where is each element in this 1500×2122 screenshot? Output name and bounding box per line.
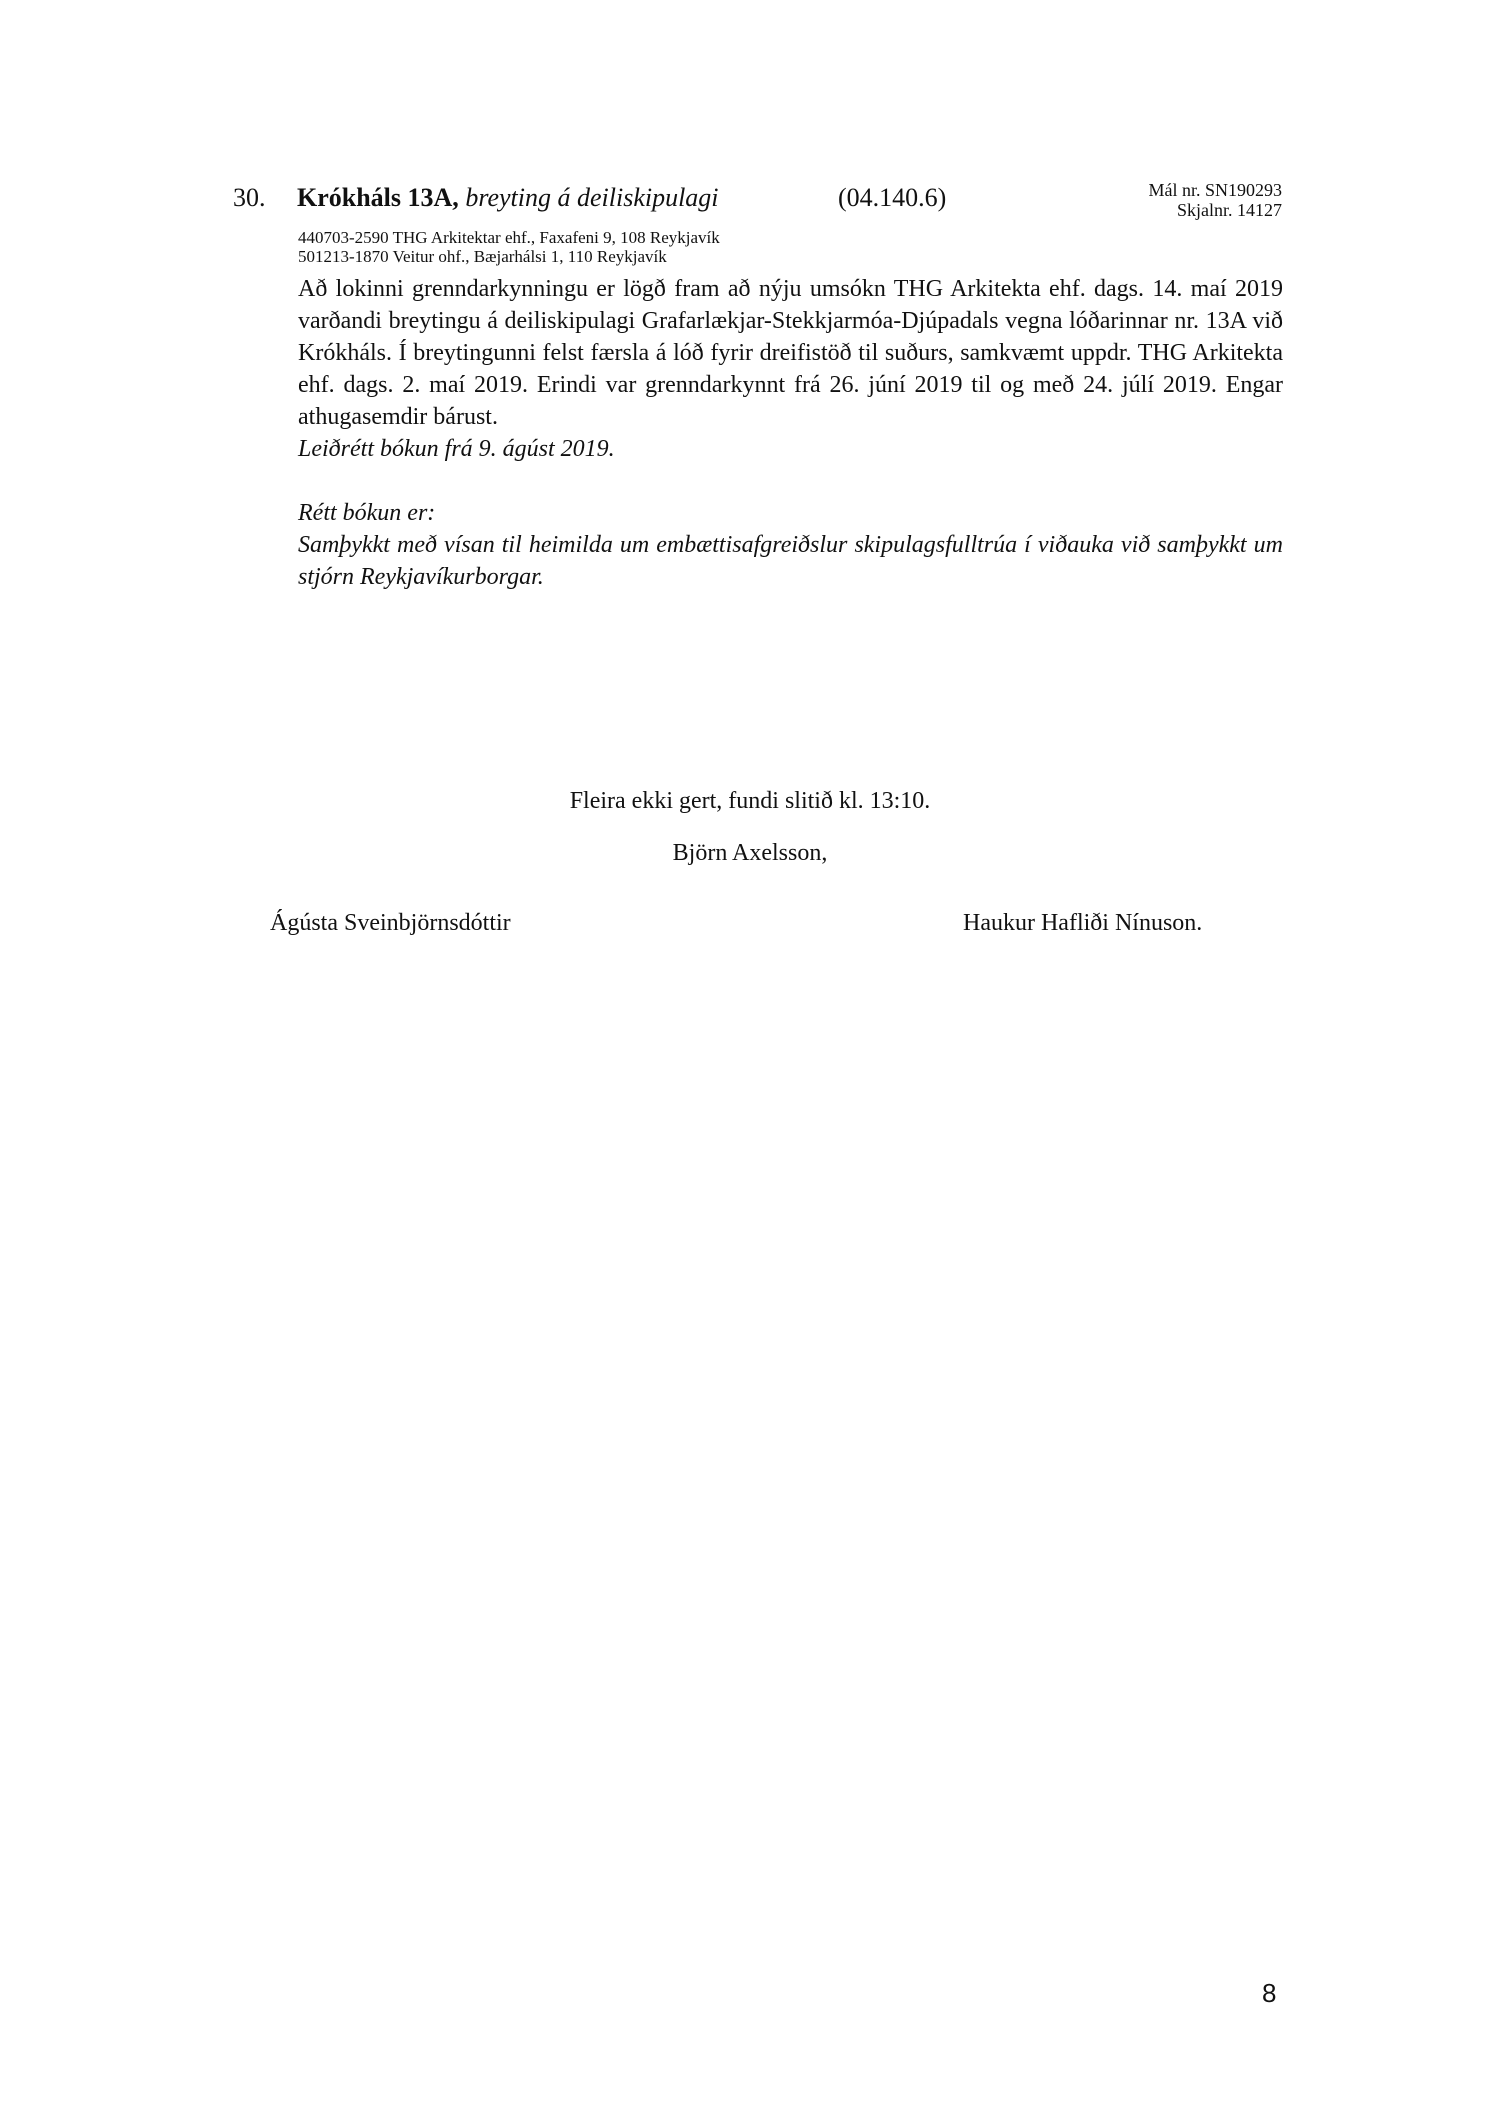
paragraph-gap [298, 465, 1283, 497]
item-description: Að lokinni grenndarkynningu er lögð fram… [298, 273, 1283, 433]
correction-note: Leiðrétt bókun frá 9. ágúst 2019. [298, 433, 1283, 465]
correct-entry-label: Rétt bókun er: [298, 497, 1283, 529]
item-reference: (04.140.6) [838, 183, 946, 213]
signatory-left: Ágústa Sveinbjörnsdóttir [270, 908, 511, 938]
decision-text: Samþykkt með vísan til heimilda um embæt… [298, 529, 1283, 593]
applicant: 501213-1870 Veitur ohf., Bæjarhálsi 1, 1… [298, 247, 720, 266]
applicant-list: 440703-2590 THG Arkitektar ehf., Faxafen… [298, 228, 720, 266]
item-title: Krókháls 13A, breyting á deiliskipulagi [297, 183, 719, 213]
case-number: Mál nr. SN190293 [1148, 180, 1282, 200]
applicant: 440703-2590 THG Arkitektar ehf., Faxafen… [298, 228, 720, 247]
page-number: 8 [1262, 1978, 1276, 2008]
item-number: 30. [233, 183, 266, 213]
document-number: Skjalnr. 14127 [1148, 200, 1282, 220]
chair-signature: Björn Axelsson, [0, 838, 1500, 868]
item-title-subject: breyting á deiliskipulagi [465, 183, 718, 212]
signatory-right: Haukur Hafliði Nínuson. [963, 908, 1202, 938]
meeting-closing-statement: Fleira ekki gert, fundi slitið kl. 13:10… [0, 786, 1500, 816]
case-meta: Mál nr. SN190293 Skjalnr. 14127 [1148, 180, 1282, 220]
item-title-address: Krókháls 13A, [297, 183, 459, 212]
item-body: Að lokinni grenndarkynningu er lögð fram… [298, 273, 1283, 593]
